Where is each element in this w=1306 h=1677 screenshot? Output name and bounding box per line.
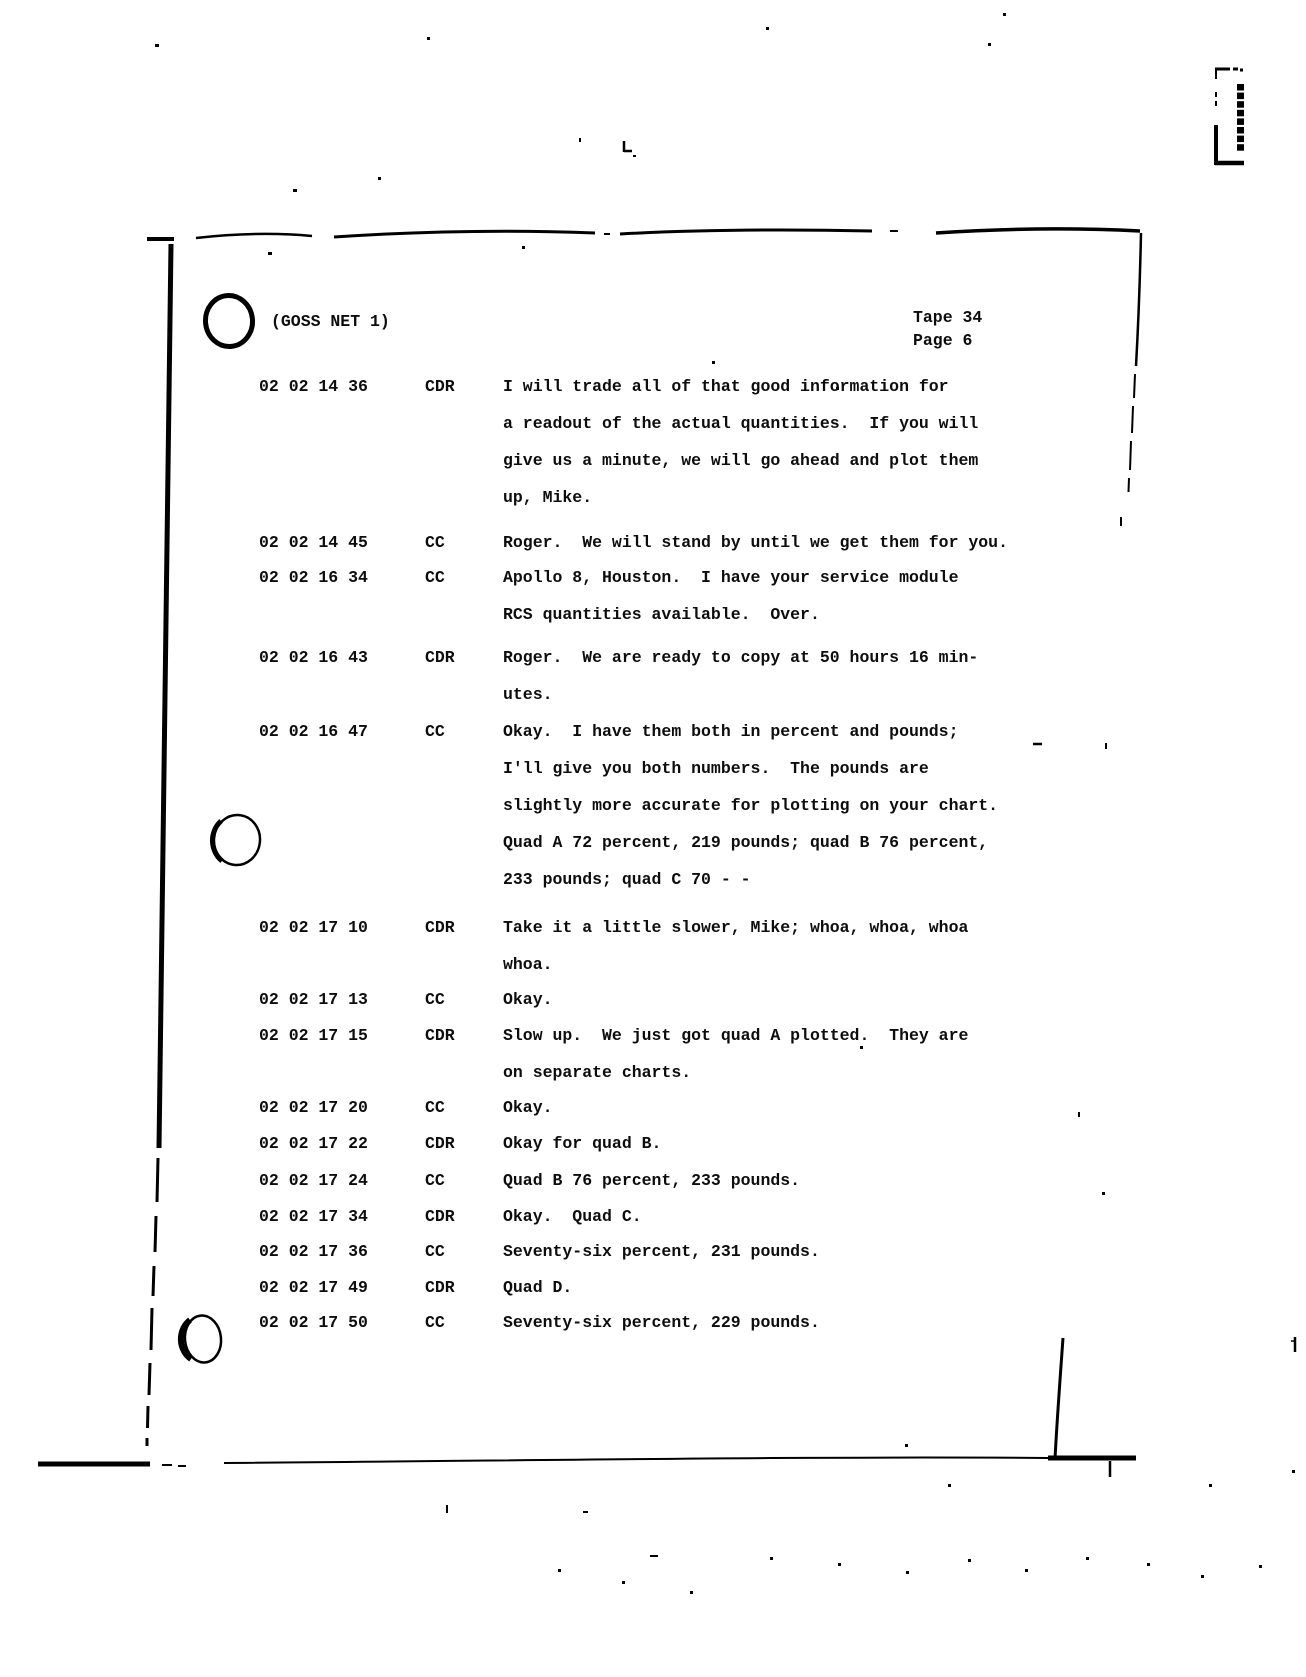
utterance: Okay. I have them both in percent and po… [503,722,998,907]
utterance: Okay for quad B. [503,1134,661,1171]
utterance-line: utes. [503,685,978,722]
page-border-bottom [38,1458,1136,1477]
utterance: Okay. [503,1098,553,1135]
timestamp: 02 02 17 24 [259,1171,368,1190]
speaker-code: CDR [425,377,455,396]
speaker-code: CC [425,533,445,552]
page-border-top [147,229,1140,239]
timestamp: 02 02 17 49 [259,1278,368,1297]
utterance-line: Quad D. [503,1278,572,1315]
timestamp: 02 02 17 13 [259,990,368,1009]
utterance-line: slightly more accurate for plotting on y… [503,796,998,833]
timestamp: 02 02 16 43 [259,648,368,667]
timestamp: 02 02 17 20 [259,1098,368,1117]
timestamp: 02 02 17 22 [259,1134,368,1153]
utterance: Quad B 76 percent, 233 pounds. [503,1171,800,1208]
speaker-code: CDR [425,648,455,667]
speaker-code: CDR [425,1026,455,1045]
utterance-line: give us a minute, we will go ahead and p… [503,451,978,488]
speaker-code: CDR [425,1278,455,1297]
utterance-line: Okay for quad B. [503,1134,661,1171]
speaker-code: CC [425,1171,445,1190]
speaker-code: CC [425,1098,445,1117]
utterance-line: Quad A 72 percent, 219 pounds; quad B 76… [503,833,998,870]
utterance: Roger. We are ready to copy at 50 hours … [503,648,978,722]
utterance-line: Quad B 76 percent, 233 pounds. [503,1171,800,1208]
speaker-code: CDR [425,918,455,937]
utterance-line: 233 pounds; quad C 70 - - [503,870,998,907]
speaker-code: CC [425,990,445,1009]
utterance-line: RCS quantities available. Over. [503,605,958,642]
utterance-line: Okay. I have them both in percent and po… [503,722,998,759]
tape-label: Tape 34 [913,308,982,327]
speaker-code: CC [425,1313,445,1332]
net-label: (GOSS NET 1) [271,312,390,331]
binding-mark [1215,69,1244,165]
speaker-code: CC [425,568,445,587]
utterance: Take it a little slower, Mike; whoa, who… [503,918,968,992]
timestamp: 02 02 17 15 [259,1026,368,1045]
timestamp: 02 02 16 47 [259,722,368,741]
scanned-transcript-page: (GOSS NET 1) Tape 34 Page 6 02 02 14 36 … [0,0,1306,1677]
utterance-line: Apollo 8, Houston. I have your service m… [503,568,958,605]
binding-mark-dots [1237,84,1244,151]
utterance-line: on separate charts. [503,1063,968,1100]
utterance-line: I will trade all of that good informatio… [503,377,978,414]
utterance-line: Okay. Quad C. [503,1207,642,1244]
utterance: Okay. [503,990,553,1027]
utterance-line: Slow up. We just got quad A plotted. The… [503,1026,968,1063]
utterance-line: Okay. [503,990,553,1027]
speaker-code: CDR [425,1134,455,1153]
timestamp: 02 02 16 34 [259,568,368,587]
utterance: Roger. We will stand by until we get the… [503,533,1008,570]
utterance: Seventy-six percent, 231 pounds. [503,1242,820,1279]
utterance: Slow up. We just got quad A plotted. The… [503,1026,968,1100]
speaker-code: CDR [425,1207,455,1226]
utterance-line: Roger. We will stand by until we get the… [503,533,1008,570]
timestamp: 02 02 17 36 [259,1242,368,1261]
utterance-line: I'll give you both numbers. The pounds a… [503,759,998,796]
utterance: Apollo 8, Houston. I have your service m… [503,568,958,642]
speaker-code: CC [425,1242,445,1261]
timestamp: 02 02 14 36 [259,377,368,396]
page-border-right [1055,233,1141,1459]
hole-punch-mark [181,294,263,1365]
utterance-line: up, Mike. [503,488,978,525]
page-number: Page 6 [913,331,972,350]
utterance-line: whoa. [503,955,968,992]
utterance-line: Okay. [503,1098,553,1135]
utterance: I will trade all of that good informatio… [503,377,978,525]
speaker-code: CC [425,722,445,741]
timestamp: 02 02 17 50 [259,1313,368,1332]
utterance-line: Seventy-six percent, 231 pounds. [503,1242,820,1279]
utterance: Seventy-six percent, 229 pounds. [503,1313,820,1350]
utterance: Okay. Quad C. [503,1207,642,1244]
timestamp: 02 02 17 10 [259,918,368,937]
utterance-line: Roger. We are ready to copy at 50 hours … [503,648,978,685]
timestamp: 02 02 17 34 [259,1207,368,1226]
page-border-left [147,244,171,1446]
utterance-line: Seventy-six percent, 229 pounds. [503,1313,820,1350]
utterance-line: Take it a little slower, Mike; whoa, who… [503,918,968,955]
utterance: Quad D. [503,1278,572,1315]
utterance-line: a readout of the actual quantities. If y… [503,414,978,451]
timestamp: 02 02 14 45 [259,533,368,552]
